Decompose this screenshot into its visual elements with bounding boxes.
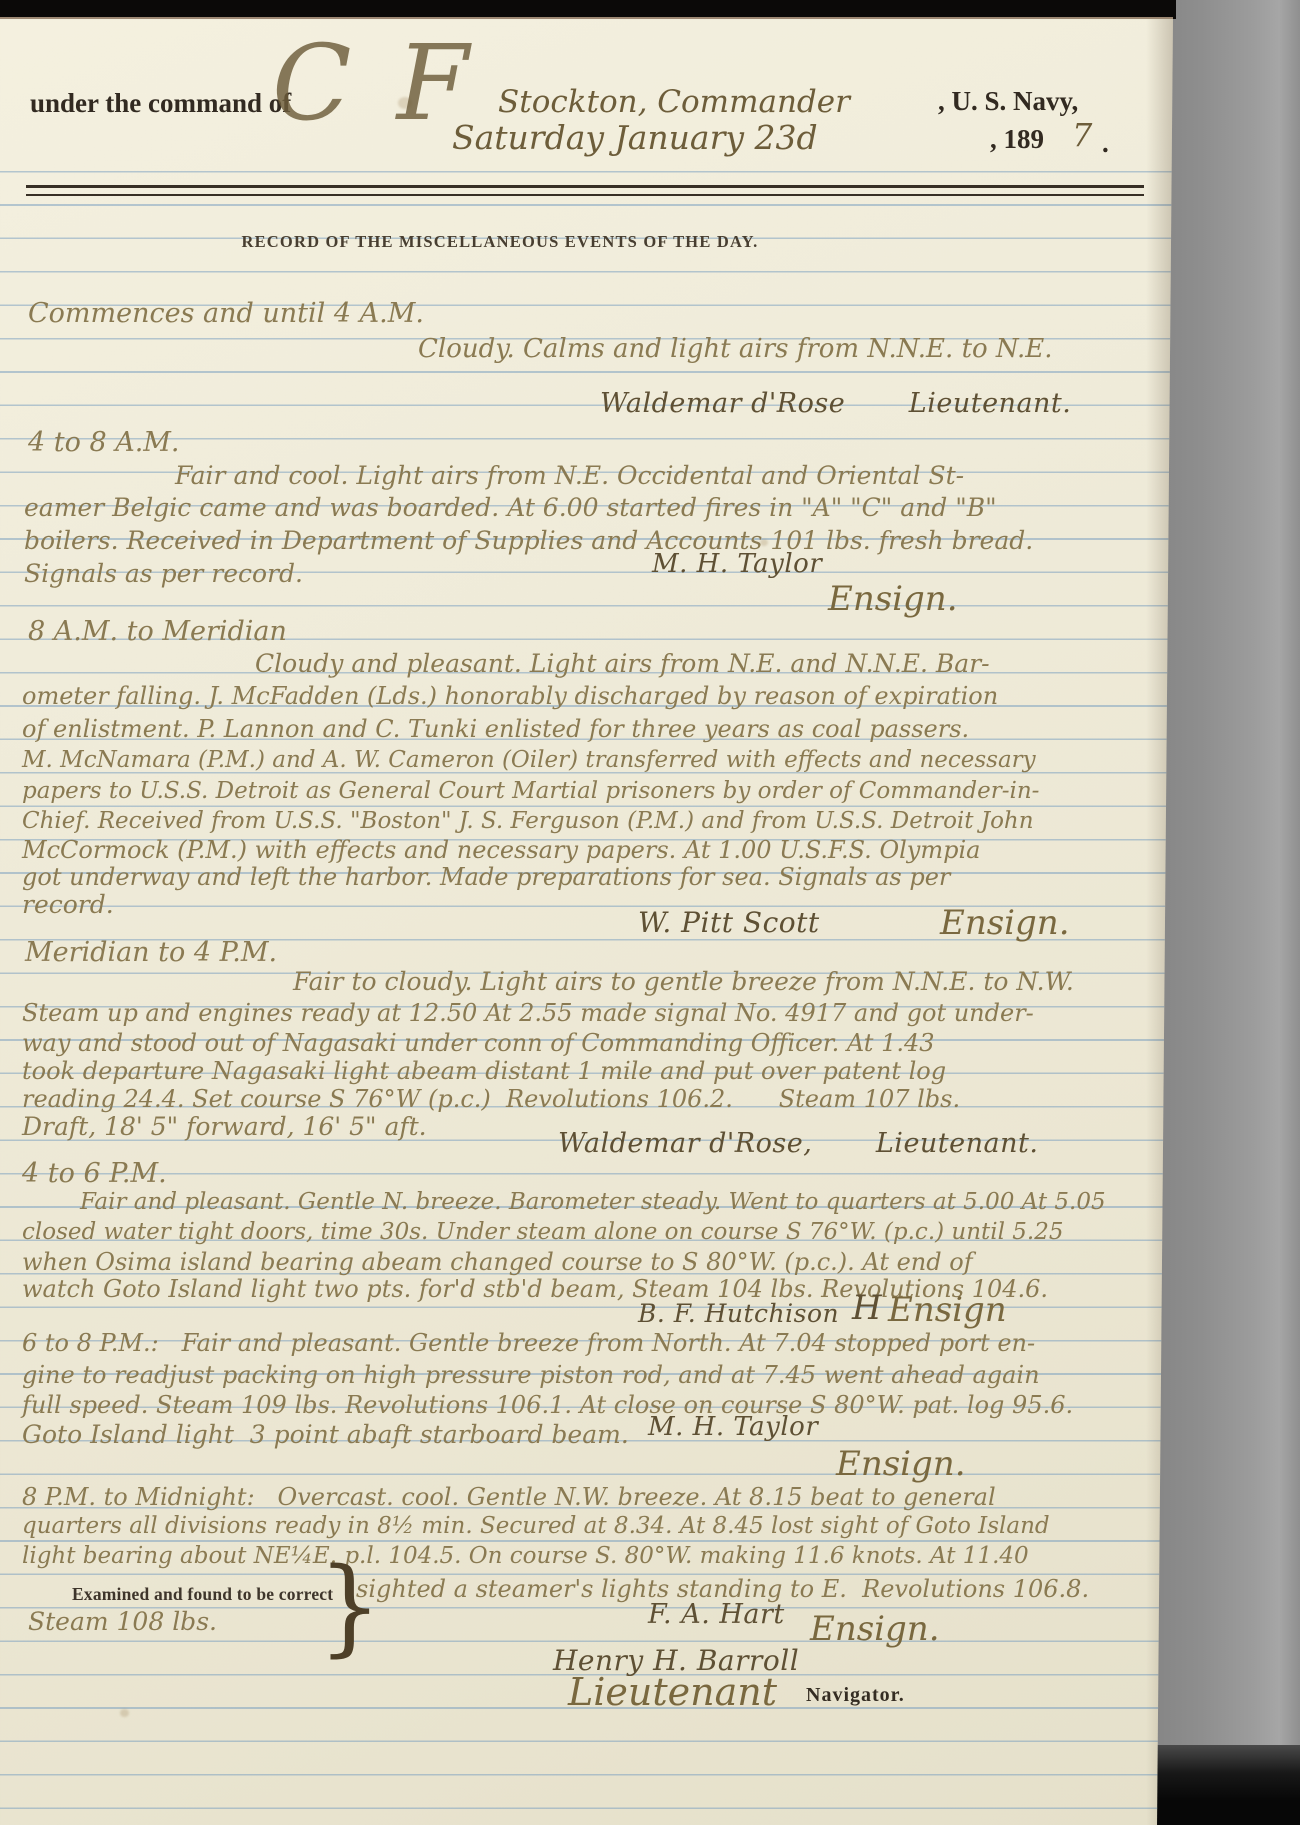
handwritten-line: full speed. Steam 109 lbs. Revolutions 1… [22, 1391, 1073, 1419]
handwritten-date: Saturday January 23d [452, 118, 818, 157]
signature-line: H [852, 1288, 882, 1328]
signature-line: F. A. Hart [648, 1599, 785, 1630]
handwritten-line: when Osima island bearing abeam changed … [22, 1248, 973, 1276]
printed-year-period: . [1102, 128, 1109, 159]
commander-signature-script: Stockton, Commander [498, 84, 850, 120]
handwritten-line: M. McNamara (P.M.) and A. W. Cameron (Oi… [22, 747, 1036, 773]
handwritten-line: eamer Belgic came and was boarded. At 6.… [24, 493, 997, 522]
handwritten-line: reading 24.4. Set course S 76°W (p.c.) R… [22, 1085, 960, 1113]
rank-script: Ensign. [836, 1444, 966, 1484]
handwritten-line: way and stood out of Nagasaki under conn… [22, 1029, 935, 1057]
handwritten-line: Steam up and engines ready at 12.50 At 2… [22, 999, 1034, 1027]
handwritten-line: light bearing about NE¼E. p.l. 104.5. On… [22, 1543, 1029, 1569]
handwritten-line: 4 to 8 A.M. [28, 427, 180, 458]
handwritten-line: got underway and left the harbor. Made p… [22, 863, 950, 891]
handwritten-line: closed water tight doors, time 30s. Unde… [22, 1219, 1064, 1245]
handwritten-line: 4 to 6 P.M. [22, 1158, 167, 1189]
handwritten-line: Commences and until 4 A.M. [28, 298, 424, 329]
handwritten-line: 8 A.M. to Meridian [28, 616, 287, 647]
handwritten-line: papers to U.S.S. Detroit as General Cour… [22, 778, 1039, 804]
handwritten-line: McCormock (P.M.) with effects and necess… [22, 836, 980, 864]
handwritten-line: Fair and pleasant. Gentle N. breeze. Bar… [80, 1189, 1106, 1215]
rank-script: Ensign [888, 1290, 1007, 1330]
record-title: RECORD OF THE MISCELLANEOUS EVENTS OF TH… [180, 232, 820, 252]
logbook-scan: under the command of C F Stockton, Comma… [0, 0, 1300, 1825]
handwritten-line: Meridian to 4 P.M. [25, 937, 277, 968]
handwritten-line: Steam 108 lbs. [28, 1607, 217, 1636]
handwritten-line: of enlistment. P. Lannon and C. Tunki en… [22, 715, 969, 743]
signature-line: W. Pitt Scott [638, 906, 820, 939]
commander-initials-flourish: C F [272, 22, 475, 144]
black-top-strip [0, 0, 1176, 19]
handwritten-line: Signals as per record. [24, 559, 303, 588]
handwritten-year-digit: 7 [1072, 116, 1092, 154]
rank-script: Lieutenant [568, 1670, 777, 1714]
handwritten-line: Cloudy. Calms and light airs from N.N.E.… [418, 334, 1053, 364]
handwritten-line: record. [22, 890, 114, 919]
handwritten-line: Fair and cool. Light airs from N.E. Occi… [175, 461, 964, 490]
handwritten-line: Goto Island light 3 point abaft starboar… [22, 1420, 629, 1449]
rank-script: Ensign. [810, 1609, 940, 1649]
paper-stain [120, 1709, 129, 1717]
examined-stamp: Examined and found to be correct [72, 1584, 333, 1605]
handwritten-line: 8 P.M. to Midnight: Overcast. cool. Gent… [22, 1483, 996, 1511]
navigator-label: Navigator. [806, 1684, 905, 1707]
handwritten-line: gine to readjust packing on high pressur… [22, 1361, 1040, 1389]
handwritten-line: Cloudy and pleasant. Light airs from N.E… [255, 649, 990, 678]
handwritten-line: took departure Nagasaki light abeam dist… [22, 1057, 946, 1085]
rank-script: Ensign. [828, 579, 958, 619]
handwritten-line: Chief. Received from U.S.S. "Boston" J. … [22, 808, 1034, 834]
brace-mark: } [318, 1545, 382, 1668]
handwritten-line: Draft, 18' 5" forward, 16' 5" aft. [22, 1112, 427, 1141]
signature-line: M. H. Taylor [648, 1412, 818, 1442]
handwritten-line: quarters all divisions ready in 8½ min. … [22, 1513, 1050, 1539]
rank-script: Ensign. [940, 903, 1070, 943]
signature-line: B. F. Hutchison [638, 1299, 839, 1328]
handwritten-line: Fair to cloudy. Light airs to gentle bre… [293, 967, 1074, 996]
signature-line: Waldemar d'Rose Lieutenant. [600, 388, 1071, 419]
printed-navy-label: , U. S. Navy, [938, 86, 1078, 117]
handwritten-line: 6 to 8 P.M.: Fair and pleasant. Gentle b… [22, 1329, 1035, 1357]
handwritten-line: ometer falling. J. McFadden (Lds.) honor… [22, 682, 998, 710]
signature-line: Waldemar d'Rose, Lieutenant. [558, 1128, 1038, 1159]
printed-year-prefix: , 189 [990, 124, 1044, 155]
printed-command-prefix: under the command of [30, 88, 291, 119]
signature-line: M. H. Taylor [652, 549, 822, 579]
header-double-rule [26, 185, 1144, 196]
handwritten-line: boilers. Received in Department of Suppl… [24, 526, 1033, 555]
